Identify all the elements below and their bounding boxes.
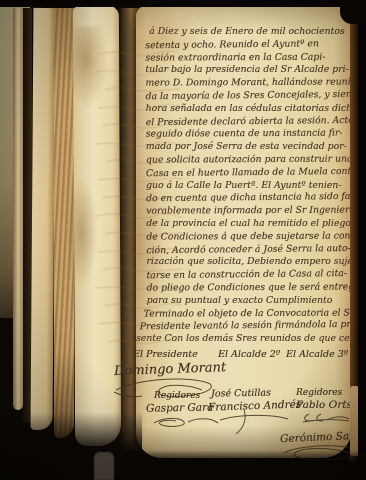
manuscript-line: de la provincia el cual ha remitido el p… — [146, 218, 354, 231]
manuscript-body: á Diez y seis de Enero de mil ochociento… — [145, 25, 355, 346]
gaspar-rubric — [150, 415, 222, 429]
manuscript-line: para su puntual y exacto Cumplimiento — [147, 295, 355, 308]
president-label: El Presidente — [133, 349, 198, 360]
manuscript-line: seguido dióse cuenta de una instancia fi… — [146, 128, 354, 142]
alcalde-3-label: El Alcalde 3º — [286, 349, 348, 360]
signature-pablo-orts: Pablo Orts — [296, 399, 352, 411]
manuscript-line: vorablemente informada por el Sr Ingenie… — [146, 205, 354, 219]
regidores-left-label: Regidores — [154, 391, 200, 401]
signature-gaspar-gara: Gaspar Gara — [146, 401, 214, 414]
manuscript-line: da la mayoría de los Sres Concejales, y … — [145, 89, 353, 104]
manuscript-line: hora señalada en las cédulas citatorias … — [146, 103, 354, 116]
signature-jose-cutillas: José Cutillas — [211, 387, 271, 399]
manuscript-photo: á Diez y seis de Enero de mil ochociento… — [0, 0, 366, 480]
photo-border — [340, 0, 366, 24]
manuscript-line: de Condiciones á que debe sujetarse la c… — [146, 230, 354, 244]
manuscript-line: do pliego de Condiciones que le será ent… — [147, 281, 355, 295]
regidores-right-label: Regidores — [296, 388, 342, 398]
photo-border — [358, 0, 366, 480]
shadow — [0, 450, 366, 480]
page-edge-strip — [13, 8, 23, 410]
manuscript-line: á Diez y seis de Enero de mil ochociento… — [149, 26, 353, 39]
manuscript-line: Casa en el huerto llamado de la Muela co… — [146, 166, 354, 181]
manuscript-line: tular bajo la presidencia del Sr Alcalde… — [145, 64, 353, 77]
manuscript-line: -sente Con los demás Sres reunidos de qu… — [133, 333, 355, 346]
pablo-orts-rubric — [299, 411, 351, 424]
manuscript-line: mada por José Serra de esta vecindad por… — [146, 141, 354, 154]
page-edge-strip — [31, 8, 56, 430]
photo-border — [0, 0, 366, 7]
alcalde-2-label: El Alcalde 2º — [218, 349, 280, 360]
table-surface — [94, 452, 114, 480]
manuscript-line: sesión extraordinaria en la Casa Capi- — [145, 51, 353, 65]
